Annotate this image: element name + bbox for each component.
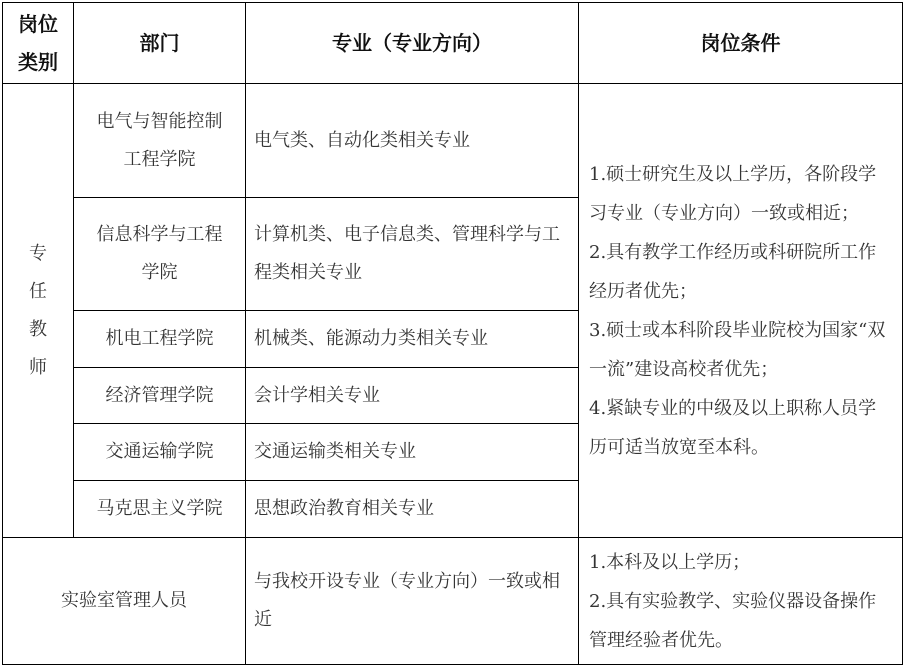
condition-item: 1.硕士研究生及以上学历，各阶段学习专业（专业方向）一致或相近； [589, 155, 894, 233]
category-char: 专 [11, 235, 65, 273]
major-cell: 电气类、自动化类相关专业 [246, 84, 579, 198]
category-cell-lab-manager: 实验室管理人员 [3, 538, 246, 665]
header-category: 岗位 类别 [3, 3, 74, 84]
header-conditions: 岗位条件 [579, 3, 903, 84]
department-cell: 电气与智能控制 工程学院 [74, 84, 246, 198]
category-cell-teacher: 专 任 教 师 [3, 84, 74, 538]
conditions-cell-teacher: 1.硕士研究生及以上学历，各阶段学习专业（专业方向）一致或相近； 2.具有教学工… [579, 84, 903, 538]
condition-item: 2.具有实验教学、实验仪器设备操作管理经验者优先。 [589, 582, 894, 660]
condition-item: 1.本科及以上学历； [589, 543, 894, 582]
major-cell: 与我校开设专业（专业方向）一致或相近 [246, 538, 579, 665]
department-cell: 机电工程学院 [74, 311, 246, 368]
department-cell: 信息科学与工程 学院 [74, 198, 246, 311]
category-char: 任 [11, 273, 65, 311]
category-char: 教 [11, 311, 65, 349]
header-major: 专业（专业方向） [246, 3, 579, 84]
header-department: 部门 [74, 3, 246, 84]
major-cell: 交通运输类相关专业 [246, 424, 579, 481]
header-category-line-2: 类别 [5, 43, 71, 81]
header-category-line-1: 岗位 [5, 5, 71, 43]
department-line: 工程学院 [82, 141, 237, 179]
department-cell: 交通运输学院 [74, 424, 246, 481]
department-cell: 经济管理学院 [74, 368, 246, 424]
category-char: 师 [11, 349, 65, 387]
major-cell: 计算机类、电子信息类、管理科学与工程类相关专业 [246, 198, 579, 311]
recruitment-table: 岗位 类别 部门 专业（专业方向） 岗位条件 专 任 教 师 电气与智能控制 工… [2, 2, 903, 665]
major-cell: 会计学相关专业 [246, 368, 579, 424]
condition-item: 3.硕士或本科阶段毕业院校为国家“双一流”建设高校者优先； [589, 311, 894, 389]
department-line: 电气与智能控制 [82, 103, 237, 141]
department-line: 信息科学与工程 [82, 216, 237, 254]
table-row: 专 任 教 师 电气与智能控制 工程学院 电气类、自动化类相关专业 1.硕士研究… [3, 84, 903, 198]
major-cell: 思想政治教育相关专业 [246, 481, 579, 538]
header-row: 岗位 类别 部门 专业（专业方向） 岗位条件 [3, 3, 903, 84]
table-row: 实验室管理人员 与我校开设专业（专业方向）一致或相近 1.本科及以上学历； 2.… [3, 538, 903, 665]
condition-item: 4.紧缺专业的中级及以上职称人员学历可适当放宽至本科。 [589, 389, 894, 467]
department-line: 学院 [82, 254, 237, 292]
condition-item: 2.具有教学工作经历或科研院所工作经历者优先； [589, 233, 894, 311]
major-cell: 机械类、能源动力类相关专业 [246, 311, 579, 368]
department-cell: 马克思主义学院 [74, 481, 246, 538]
conditions-cell-lab-manager: 1.本科及以上学历； 2.具有实验教学、实验仪器设备操作管理经验者优先。 [579, 538, 903, 665]
